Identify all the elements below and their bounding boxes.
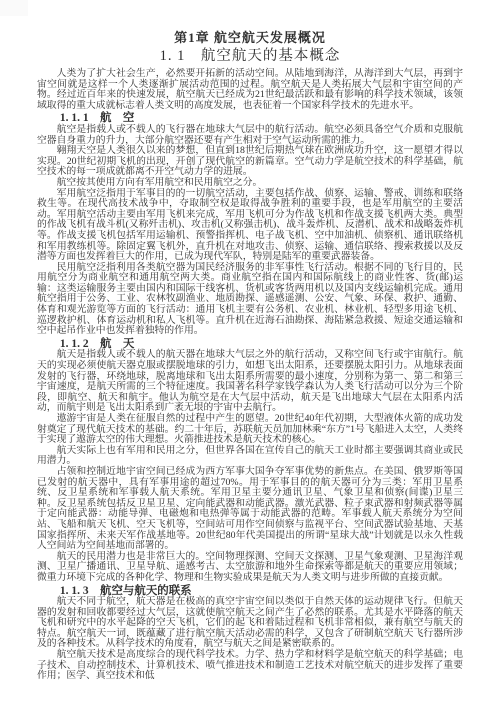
- paragraph-aviation-definition: 航空是指载人或不载人的飞行器在地球大气层中的航行活动。航空必须具备空气介质和克服…: [37, 125, 463, 146]
- document-page: 第1章 航空航天发展概况 1. 1 航空航天的基本概念 人类为了扩大社会生产，必…: [0, 0, 496, 702]
- paragraph-technology-synthesis: 航空航天技术是高度综合的现代科学技术。力学、热力学和材料学是航空航天的科学基础；…: [37, 650, 463, 682]
- paragraph-spaceflight-uses: 航天实际上也有军用和民用之分，但世界各国在宣传自己的航天工业时都主要强调其商业或…: [37, 446, 463, 467]
- paragraph-military-aviation: 军用航空泛指用于军事目的的一切航空活动，主要包括作战、侦察、运输、警戒、训练和联…: [37, 189, 463, 263]
- paragraph-military-space: 占领和控制近地宇宙空间已经成为西方军事大国争夺军事优势的新焦点。在美国、俄罗斯等…: [37, 467, 463, 552]
- heading-1-1-1-aviation: 1. 1. 1 航 空: [37, 113, 463, 124]
- scan-artifact: [0, 0, 28, 16]
- paragraph-civil-space: 航天的民用潜力也是非常巨大的。空间物理探测、空间天文探测、卫星气象观测、卫星海洋…: [37, 552, 463, 584]
- paragraph-aviation-history: 翱翔天空是人类很久以来的梦想，但直到18世纪后期热气球在欧洲成功升空，这一愿望才…: [37, 146, 463, 178]
- paragraph-intro: 人类为了扩大社会生产，必然要开拓新的活动空间。从陆地到海洋，从海洋到大气层，再到…: [37, 69, 463, 111]
- paragraph-spaceflight-definition: 航天是指载人或不载人的航天器在地球大气层之外的航行活动，又称空间飞行或宇宙航行。…: [37, 350, 463, 414]
- heading-1-1-2-spaceflight: 1. 1. 2 航 天: [37, 339, 463, 350]
- paragraph-civil-aviation: 民用航空泛指利用各类航空器为国民经济服务的非军事性飞行活动。根据不同的飞行目的，…: [37, 263, 463, 337]
- paragraph-connection: 航天不同于航空，航天器是在极高的真空宇宙空间以类似于自然天体的运动规律飞行。但航…: [37, 597, 463, 650]
- section-title: 1. 1 航空航天的基本概念: [37, 48, 463, 65]
- paragraph-spaceflight-history: 遨游宇宙是人类在征服自然的过程中产生的愿望。20世纪40年代初期，大型液体火箭的…: [37, 414, 463, 446]
- chapter-title: 第1章 航空航天发展概况: [37, 30, 463, 45]
- heading-1-1-3-connection: 1. 1. 3 航空与航天的联系: [37, 586, 463, 597]
- paragraph-aviation-categories: 航空按其使用方向有军用航空和民用航空之分。: [37, 178, 463, 189]
